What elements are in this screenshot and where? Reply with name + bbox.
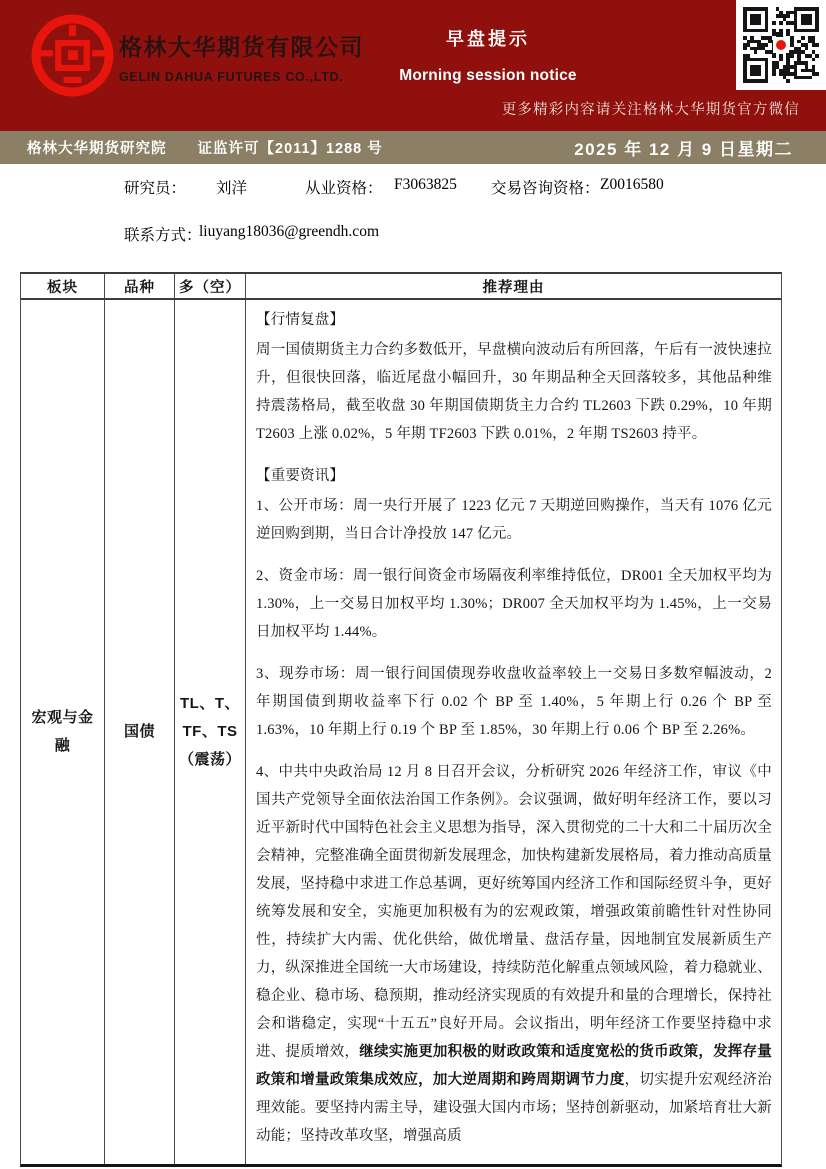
reason-text-run: 【重要资讯】 bbox=[256, 468, 344, 484]
col-header-sector: 板块 bbox=[21, 274, 105, 298]
report-date: 2025 年 12 月 9 日星期二 bbox=[574, 135, 793, 160]
contact-email: liuyang18036@greendh.com bbox=[199, 223, 379, 241]
reason-heading: 【重要资讯】 bbox=[256, 462, 772, 490]
cell-variety: 国债 bbox=[105, 300, 175, 1164]
qualification-label: 从业资格： bbox=[305, 176, 383, 198]
reason-text-run: 1、公开市场：周一央行开展了 1223 亿元 7 天期逆回购操作，当天有 107… bbox=[256, 498, 772, 542]
table-header-row: 板块 品种 多（空） 推荐理由 bbox=[21, 274, 781, 300]
notice-title-en: Morning session notice bbox=[388, 67, 588, 85]
masthead: 格林大华期货有限公司 GELIN DAHUA FUTURES CO.,LTD. … bbox=[0, 0, 826, 131]
col-header-position: 多（空） bbox=[175, 274, 246, 298]
recommendation-table: 板块 品种 多（空） 推荐理由 宏观与金融 国债 TL、T、TF、TS （震荡）… bbox=[20, 272, 782, 1167]
reason-paragraph: 2、资金市场：周一银行间资金市场隔夜利率维持低位，DR001 全天加权平均为 1… bbox=[256, 562, 772, 646]
research-institute-license: 格林大华期货研究院 证监许可【2011】1288 号 bbox=[27, 137, 383, 158]
researcher-info: 研究员： 刘洋 从业资格： F3063825 交易咨询资格： Z0016580 … bbox=[124, 176, 744, 256]
reason-text-run: 4、中共中央政治局 12 月 8 日召开会议，分析研究 2026 年经济工作，审… bbox=[256, 764, 772, 1060]
reason-paragraph: 1、公开市场：周一央行开展了 1223 亿元 7 天期逆回购操作，当天有 107… bbox=[256, 492, 772, 548]
notice-title: 早盘提示 bbox=[388, 25, 588, 51]
reason-heading: 【行情复盘】 bbox=[256, 306, 772, 334]
contact-label: 联系方式： bbox=[124, 223, 202, 245]
sector-label: 宏观与金融 bbox=[31, 704, 95, 760]
researcher-name: 刘洋 bbox=[216, 176, 247, 198]
col-header-reason: 推荐理由 bbox=[246, 274, 781, 298]
researcher-label: 研究员： bbox=[124, 176, 186, 198]
cell-sector: 宏观与金融 bbox=[21, 300, 105, 1164]
qr-center-logo-icon bbox=[773, 37, 789, 53]
cell-position: TL、T、TF、TS （震荡） bbox=[175, 300, 246, 1164]
company-logo-icon bbox=[28, 11, 117, 100]
position-stance: （震荡） bbox=[178, 746, 242, 774]
position-instruments: TL、T、TF、TS bbox=[180, 695, 240, 740]
reason-cell: 【行情复盘】周一国债期货主力合约多数低开，早盘横向波动后有所回落，午后有一波快速… bbox=[246, 300, 781, 1164]
company-name: 格林大华期货有限公司 bbox=[119, 29, 364, 62]
col-header-variety: 品种 bbox=[105, 274, 175, 298]
advisory-label: 交易咨询资格： bbox=[491, 176, 600, 198]
position-label: TL、T、TF、TS （震荡） bbox=[178, 690, 242, 773]
reason-text-run: 周一国债期货主力合约多数低开，早盘横向波动后有所回落，午后有一波快速拉升，但很快… bbox=[256, 342, 772, 442]
reason-paragraph: 3、现券市场：周一银行间国债现券收盘收益率较上一交易日多数窄幅波动，2 年期国债… bbox=[256, 660, 772, 744]
reason-text-run: 【行情复盘】 bbox=[256, 312, 344, 328]
reason-text-run: 3、现券市场：周一银行间国债现券收盘收益率较上一交易日多数窄幅波动，2 年期国债… bbox=[256, 666, 772, 738]
qualification-number: F3063825 bbox=[394, 176, 457, 194]
reason-paragraph: 周一国债期货主力合约多数低开，早盘横向波动后有所回落，午后有一波快速拉升，但很快… bbox=[256, 336, 772, 448]
date-bar: 格林大华期货研究院 证监许可【2011】1288 号 2025 年 12 月 9… bbox=[0, 131, 826, 164]
reason-paragraph: 4、中共中央政治局 12 月 8 日召开会议，分析研究 2026 年经济工作，审… bbox=[256, 758, 772, 1150]
company-name-en: GELIN DAHUA FUTURES CO.,LTD. bbox=[119, 70, 364, 84]
variety-label: 国债 bbox=[124, 718, 155, 746]
reason-text-run: 2、资金市场：周一银行间资金市场隔夜利率维持低位，DR001 全天加权平均为 1… bbox=[256, 568, 772, 640]
advisory-number: Z0016580 bbox=[600, 176, 664, 194]
wechat-follow-text: 更多精彩内容请关注格林大华期货官方微信 bbox=[502, 98, 800, 119]
table-row: 宏观与金融 国债 TL、T、TF、TS （震荡） 【行情复盘】周一国债期货主力合… bbox=[21, 300, 781, 1164]
wechat-qr-code bbox=[736, 0, 826, 90]
